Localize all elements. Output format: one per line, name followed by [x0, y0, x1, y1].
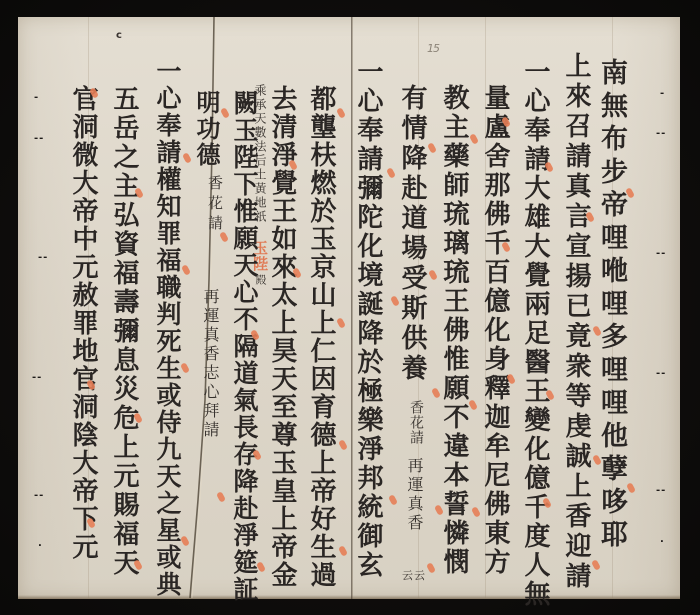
text-column-7: 一心奉請彌陀化境誕降於極樂淨邦統御玄	[355, 58, 381, 580]
margin-tick-left: -	[34, 92, 39, 103]
text-column-11: 闕玉陛下惟願天心不隔道氣長存降赴淨筵証	[232, 90, 257, 603]
annotation-yun-yun: 云云	[402, 570, 426, 581]
text-column-15: 官洞微大帝中元赦罪地官洞陰大帝下元	[70, 85, 96, 561]
text-column-4: 量盧舍那佛千百億化身釋迦牟尼佛東方	[482, 84, 508, 577]
text-column-3: 一心奉請大雄大覺兩足醫王變化億千度人無	[522, 58, 548, 609]
margin-tick-left: --	[34, 133, 44, 144]
page-number: 15	[427, 42, 439, 55]
corner-mark: c	[116, 30, 122, 41]
text-column-1: 南無布步帝哩咃哩多哩哩他孽哆耶	[598, 58, 625, 553]
margin-tick-right: -	[660, 88, 665, 99]
margin-tick-right: .	[660, 534, 665, 545]
margin-tick-right: --	[656, 368, 666, 379]
margin-tick-right: --	[656, 128, 666, 139]
text-column-5: 教主藥師琉璃琉王佛惟願不違本誓憐憫	[441, 84, 467, 577]
text-column-12: 明功德	[194, 90, 218, 168]
margin-tick-left: --	[38, 252, 48, 263]
text-column-6: 有情降赴道場受斯供養	[399, 84, 425, 384]
margin-tick-left: --	[34, 490, 44, 501]
margin-tick-right: --	[656, 485, 666, 496]
annotation-hua-qing-2: 香花請	[207, 175, 222, 235]
text-column-14: 五岳之主弘資福壽彌息災危上元賜福天	[111, 85, 137, 578]
margin-tick-left: .	[38, 538, 43, 549]
text-column-13: 一心奉請權知罪福職判死生或侍九天之星或典	[155, 58, 180, 598]
margin-tick-left: --	[32, 372, 42, 383]
annotation-hua-qing: 香花請	[409, 400, 423, 445]
annotation-zhi-xin-bai-qing: 再運真香志心拜請	[202, 288, 218, 440]
annotation-zai-yun-zhen-xiang: 再運真香	[406, 457, 422, 533]
text-column-8: 都壟枎燃於玉京山上仁因育德上帝好生過	[308, 85, 334, 589]
text-column-2: 上來召請真言宣揚已竟衆等虔誠上香迎請	[563, 52, 589, 592]
margin-tick-right: --	[656, 248, 666, 259]
